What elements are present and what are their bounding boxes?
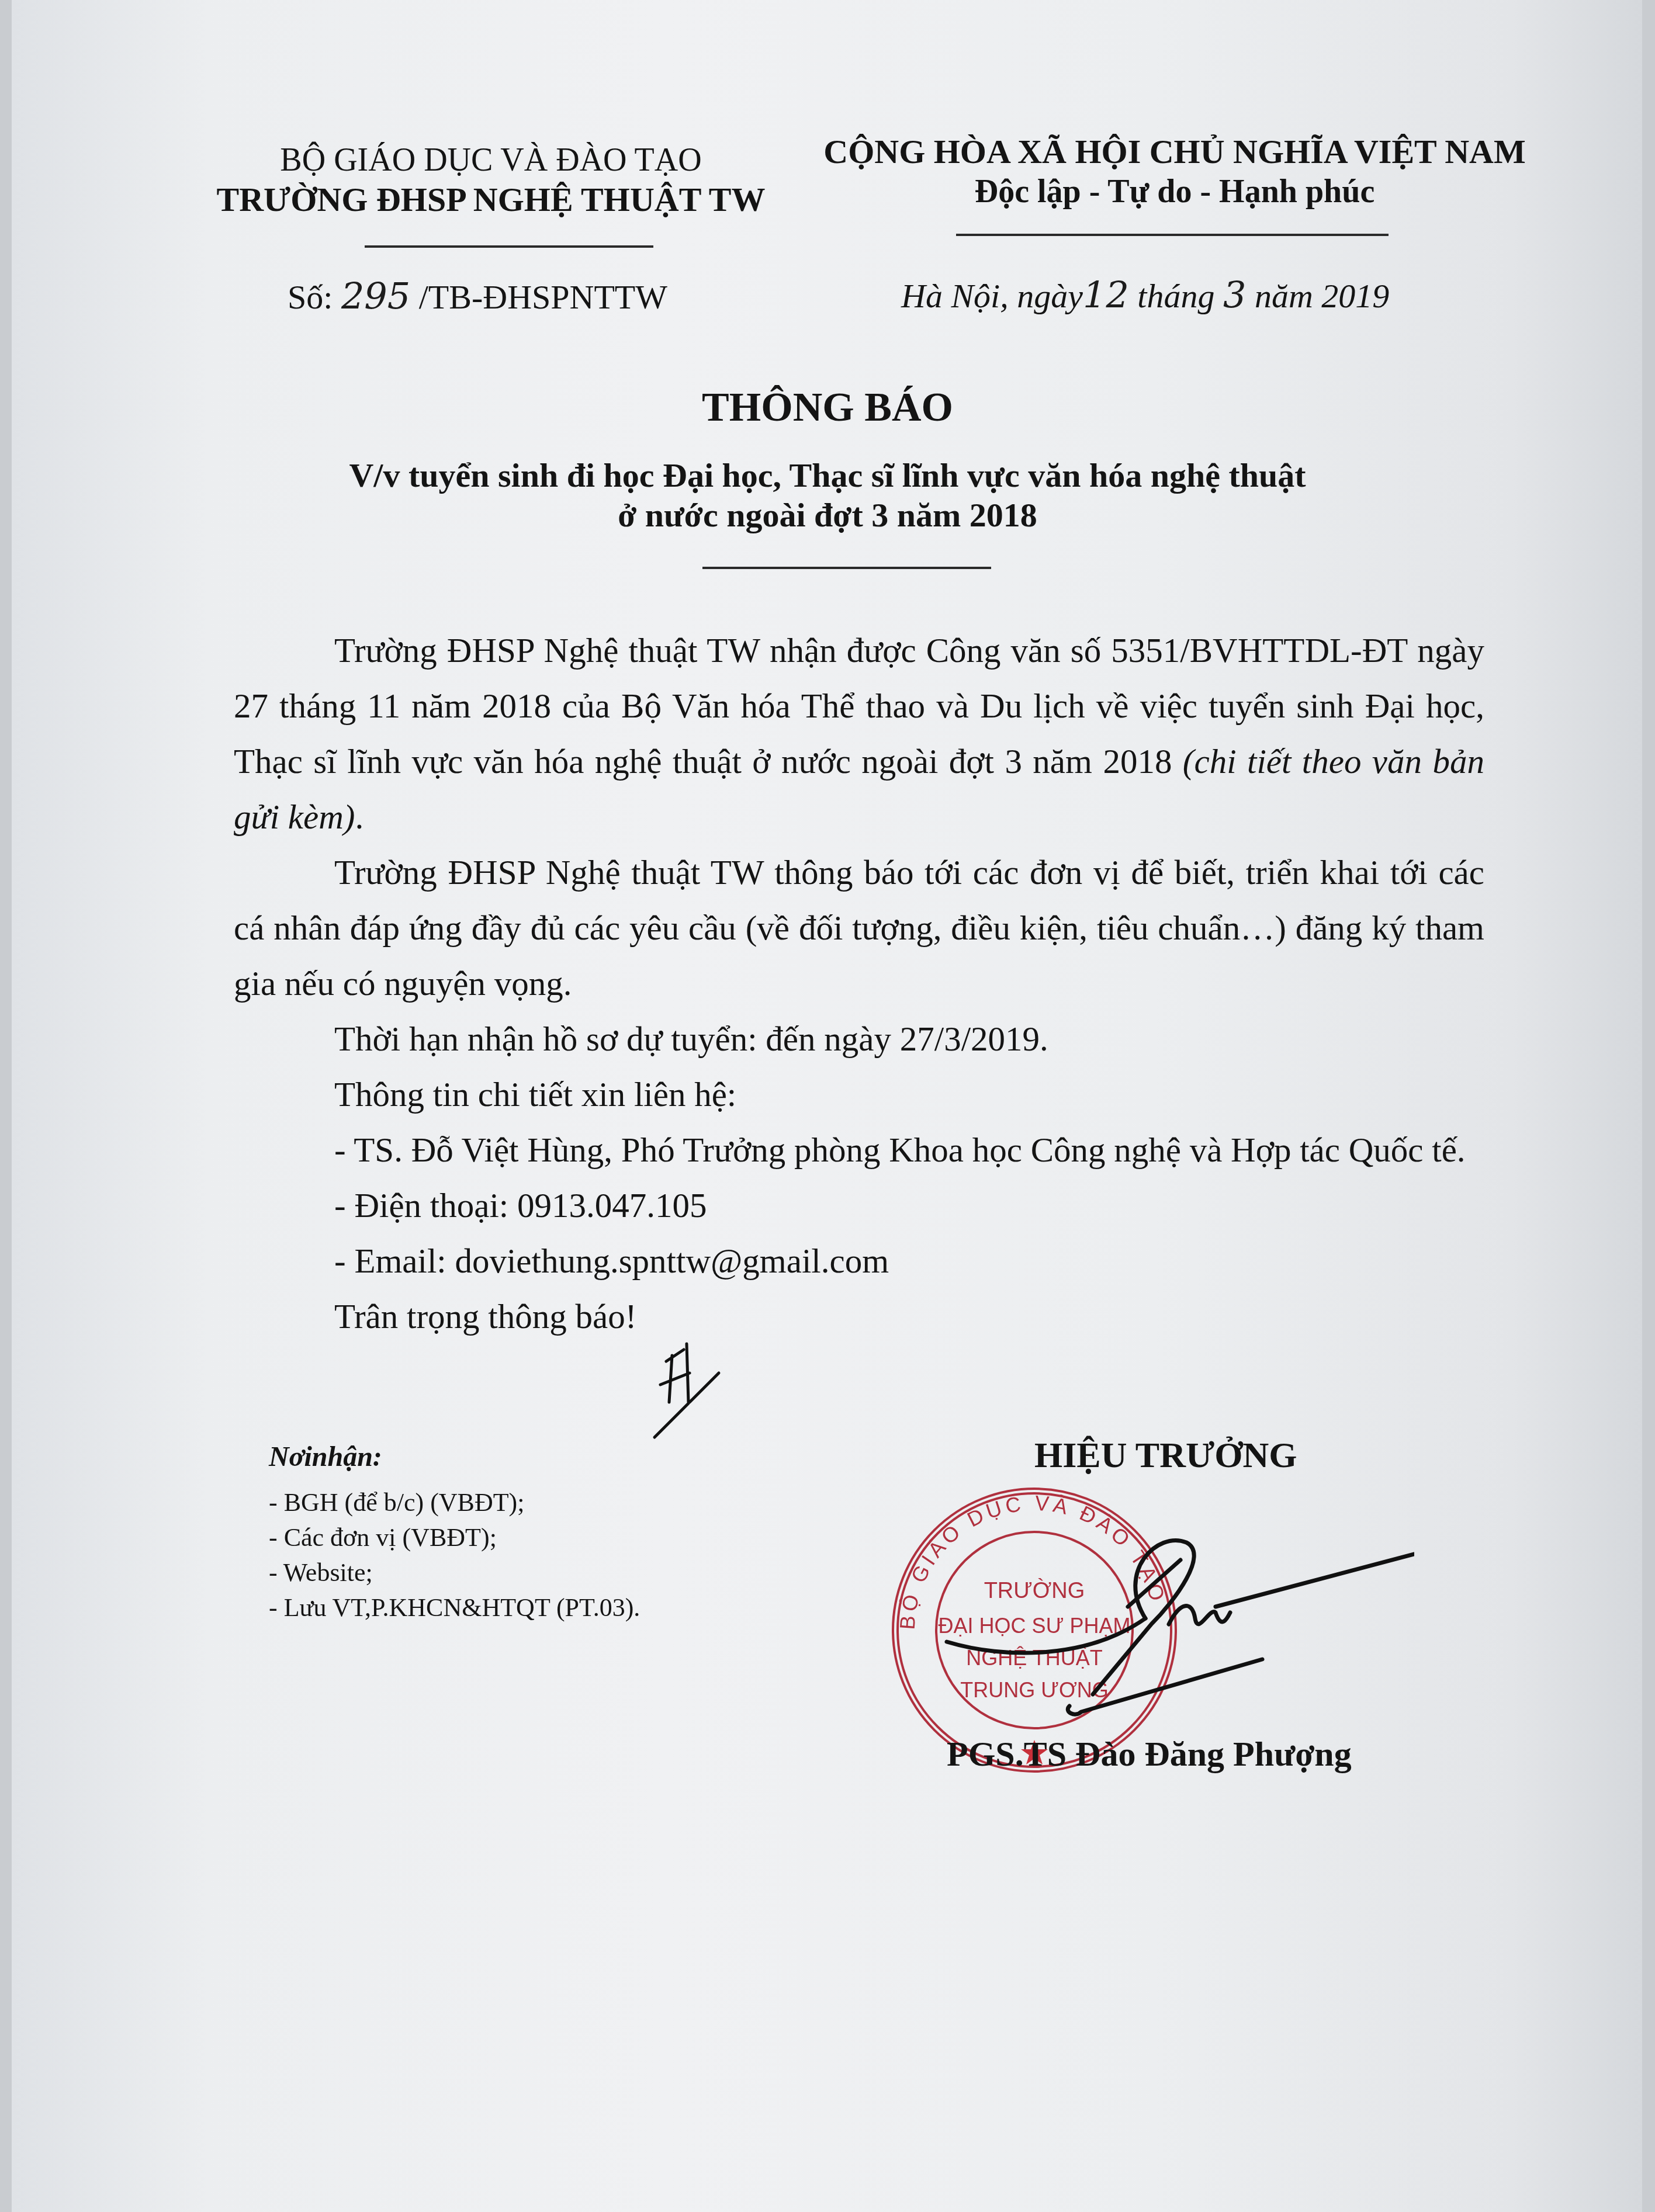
date-place: Hà Nội, ngày xyxy=(901,277,1083,315)
subject-line-1: V/v tuyển sinh đi học Đại học, Thạc sĩ l… xyxy=(0,456,1655,495)
date-month-handwritten: 3 xyxy=(1223,273,1246,316)
doc-number-code: /TB-ĐHSPNTTW xyxy=(410,278,667,316)
contact-intro: Thông tin chi tiết xin liên hệ: xyxy=(234,1067,1484,1122)
ministry-name: BỘ GIÁO DỤC VÀ ĐÀO TẠO xyxy=(175,140,806,180)
school-name: TRƯỜNG ĐHSP NGHỆ THUẬT TW xyxy=(175,180,806,220)
recipients-heading: Nơinhận: xyxy=(269,1440,640,1475)
deadline-line: Thời hạn nhận hồ sơ dự tuyển: đến ngày 2… xyxy=(234,1011,1484,1067)
document-title: THÔNG BÁO xyxy=(0,384,1655,431)
doc-number-label: Số: xyxy=(288,278,341,316)
title-divider xyxy=(702,567,991,569)
paragraph-end: . xyxy=(355,798,363,836)
subject-line-2: ở nước ngoài đợt 3 năm 2018 xyxy=(0,495,1655,535)
recipients-block: Nơinhận: - BGH (để b/c) (VBĐT); - Các đơ… xyxy=(269,1440,640,1625)
signatory-name: PGS.TS Đào Đăng Phượng xyxy=(947,1734,1352,1774)
date-year: năm 2019 xyxy=(1246,277,1389,315)
body-paragraph-1: Trường ĐHSP Nghệ thuật TW nhận được Công… xyxy=(234,623,1484,845)
body-paragraph-2: Trường ĐHSP Nghệ thuật TW thông báo tới … xyxy=(234,845,1484,1011)
national-motto: Độc lập - Tự do - Hạnh phúc xyxy=(818,172,1531,212)
contact-email[interactable]: - Email: doviethung.spnttw@gmail.com xyxy=(234,1233,1484,1289)
document-body: Trường ĐHSP Nghệ thuật TW nhận được Công… xyxy=(234,623,1484,1344)
recipient-item: - Website; xyxy=(269,1555,640,1590)
document-date: Hà Nội, ngày12 tháng 3 năm 2019 xyxy=(901,273,1389,316)
recipient-item: - BGH (để b/c) (VBĐT); xyxy=(269,1485,640,1520)
issuing-organization: BỘ GIÁO DỤC VÀ ĐÀO TẠO TRƯỜNG ĐHSP NGHỆ … xyxy=(175,140,806,220)
document-subject: V/v tuyển sinh đi học Đại học, Thạc sĩ l… xyxy=(0,456,1655,535)
contact-person: - TS. Đỗ Việt Hùng, Phó Trưởng phòng Kho… xyxy=(234,1122,1484,1178)
date-month-label: tháng xyxy=(1129,277,1223,315)
date-day-handwritten: 12 xyxy=(1083,273,1129,316)
recipient-item: - Các đơn vị (VBĐT); xyxy=(269,1520,640,1555)
signature-icon xyxy=(935,1519,1414,1741)
country-name: CỘNG HÒA XÃ HỘI CHỦ NGHĨA VIỆT NAM xyxy=(818,132,1531,172)
initial-mark-icon xyxy=(643,1338,736,1443)
document-number: Số: 295 /TB-ĐHSPNTTW xyxy=(288,275,667,317)
right-header-divider xyxy=(956,234,1389,236)
national-header: CỘNG HÒA XÃ HỘI CHỦ NGHĨA VIỆT NAM Độc l… xyxy=(818,132,1531,212)
signatory-title: HIỆU TRƯỞNG xyxy=(1034,1435,1297,1476)
recipient-item: - Lưu VT,P.KHCN&HTQT (PT.03). xyxy=(269,1590,640,1625)
doc-number-handwritten: 295 xyxy=(341,275,410,317)
left-header-divider xyxy=(365,245,653,248)
closing-line: Trân trọng thông báo! xyxy=(234,1289,1484,1344)
contact-phone: - Điện thoại: 0913.047.105 xyxy=(234,1178,1484,1233)
